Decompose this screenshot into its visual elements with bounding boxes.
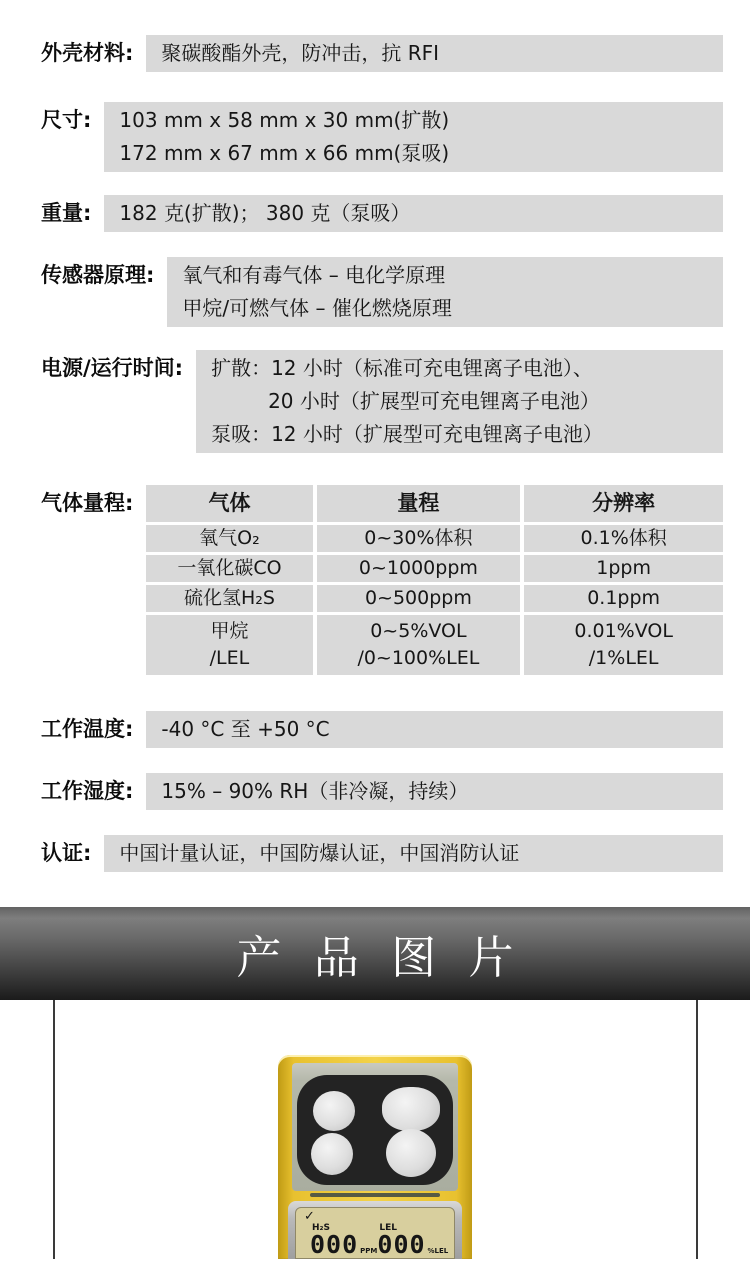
sensor-filter-icon (382, 1087, 440, 1131)
spec-row: 认证:中国计量认证，中国防爆认证，中国消防认证 (41, 835, 723, 872)
gas-cell-line: 氧气O₂ (146, 525, 312, 552)
gas-header-text: 分辨率 (524, 485, 723, 522)
checkmark-icon: ✓ (304, 1210, 446, 1223)
spec-value-box: -40 °C 至 +50 °C (146, 711, 723, 748)
gas-detector-photo: ✓ H₂S 000 PPM LEL 000 %LEL (278, 1055, 472, 1259)
spec-value-line: -40 °C 至 +50 °C (161, 713, 713, 746)
spec-value-line: 聚碳酸酯外壳，防冲击，抗 RFI (161, 37, 713, 70)
gas-cell-line: 0.1%体积 (524, 525, 723, 552)
spec-value-box: 15% – 90% RH（非冷凝，持续） (146, 773, 723, 810)
sensor-filter-icon (386, 1129, 436, 1177)
gas-cell-line: 0~5%VOL (317, 618, 521, 645)
gas-table-cell: 0.1%体积 (524, 525, 723, 552)
spec-sheet-content: 外壳材料:聚碳酸酯外壳，防冲击，抗 RFI尺寸:103 mm x 58 mm x… (0, 35, 750, 872)
gas-cell-line: 0.01%VOL (524, 618, 723, 645)
spec-value-line: 扩散：12 小时（标准可充电锂离子电池）、 (211, 352, 713, 385)
gas-header-text: 量程 (317, 485, 521, 522)
spec-label: 工作湿度: (41, 773, 146, 810)
spec-row: 传感器原理:氧气和有毒气体 – 电化学原理甲烷/可燃气体 – 催化燃烧原理 (41, 257, 723, 327)
spec-row: 电源/运行时间:扩散：12 小时（标准可充电锂离子电池）、20 小时（扩展型可充… (41, 350, 723, 453)
sensor-filter-icon (311, 1133, 353, 1175)
spec-label: 外壳材料: (41, 35, 146, 72)
sensor-grille (297, 1075, 453, 1185)
lcd-gas-digits: 000 (377, 1233, 425, 1256)
photo-frame-border-right (696, 1000, 698, 1259)
gas-table-cell: 硫化氢H₂S (146, 585, 312, 612)
spec-row: 尺寸:103 mm x 58 mm x 30 mm(扩散)172 mm x 67… (41, 102, 723, 172)
spec-value-box: 扩散：12 小时（标准可充电锂离子电池）、20 小时（扩展型可充电锂离子电池）泵… (196, 350, 723, 453)
sensor-window (292, 1063, 458, 1191)
gas-table: 气体量程分辨率氧气O₂0~30%体积0.1%体积一氧化碳CO0~1000ppm1… (146, 485, 723, 675)
spec-row: 重量:182 克(扩散)； 380 克（泵吸） (41, 195, 723, 232)
gas-table-cell: 甲烷/LEL (146, 615, 312, 675)
gas-range-label: 气体量程: (41, 485, 146, 522)
lcd-gas-digits: 000 (310, 1233, 358, 1256)
gas-cell-line: 0.1ppm (524, 585, 723, 612)
vent-slot (310, 1193, 440, 1197)
spec-row: 外壳材料:聚碳酸酯外壳，防冲击，抗 RFI (41, 35, 723, 72)
spec-row: 工作温度:-40 °C 至 +50 °C (41, 711, 723, 748)
spec-value-box: 182 克(扩散)； 380 克（泵吸） (104, 195, 723, 232)
gas-table-cell: 氧气O₂ (146, 525, 312, 552)
gas-cell-line: 0~500ppm (317, 585, 521, 612)
lcd-readings-row: H₂S 000 PPM LEL 000 %LEL (304, 1223, 446, 1256)
lcd-bezel: ✓ H₂S 000 PPM LEL 000 %LEL (288, 1201, 462, 1259)
lcd-gas-reading: H₂S 000 PPM (310, 1223, 377, 1256)
gas-cell-line: /LEL (146, 645, 312, 672)
gas-table-header-cell: 分辨率 (524, 485, 723, 522)
gas-table-cell: 0~1000ppm (317, 555, 521, 582)
lcd-gas-unit: %LEL (428, 1247, 449, 1256)
sensor-filter-icon (313, 1091, 355, 1131)
gas-cell-line: 一氧化碳CO (146, 555, 312, 582)
lcd-digit-row: 000 PPM (310, 1233, 377, 1256)
spec-value-line: 172 mm x 67 mm x 66 mm(泵吸) (119, 137, 713, 170)
spec-label: 传感器原理: (41, 257, 167, 294)
spec-label: 工作温度: (41, 711, 146, 748)
gas-table-cell: 0.1ppm (524, 585, 723, 612)
banner-title: 产 品 图 片 (228, 921, 523, 986)
lcd-gas-unit: PPM (360, 1247, 377, 1256)
gas-table-cell: 0~5%VOL/0~100%LEL (317, 615, 521, 675)
lcd-screen: ✓ H₂S 000 PPM LEL 000 %LEL (295, 1207, 455, 1259)
spec-label: 尺寸: (41, 102, 104, 139)
spec-value-line: 103 mm x 58 mm x 30 mm(扩散) (119, 104, 713, 137)
spec-value-box: 中国计量认证，中国防爆认证，中国消防认证 (104, 835, 723, 872)
gas-cell-line: /0~100%LEL (317, 645, 521, 672)
lcd-digit-row: 000 %LEL (377, 1233, 448, 1256)
spec-value-line: 15% – 90% RH（非冷凝，持续） (161, 775, 713, 808)
gas-cell-line: /1%LEL (524, 645, 723, 672)
spec-value-line: 20 小时（扩展型可充电锂离子电池） (211, 385, 713, 418)
gas-range-section: 气体量程:气体量程分辨率氧气O₂0~30%体积0.1%体积一氧化碳CO0~100… (41, 485, 723, 675)
gas-cell-line: 0~1000ppm (317, 555, 521, 582)
spec-value-line: 甲烷/可燃气体 – 催化燃烧原理 (182, 292, 713, 325)
spec-value-line: 182 克(扩散)； 380 克（泵吸） (119, 197, 713, 230)
gas-table-cell: 0.01%VOL/1%LEL (524, 615, 723, 675)
spec-value-line: 中国计量认证，中国防爆认证，中国消防认证 (119, 837, 713, 870)
product-photo-section: ✓ H₂S 000 PPM LEL 000 %LEL (0, 1000, 750, 1259)
spec-value-box: 氧气和有毒气体 – 电化学原理甲烷/可燃气体 – 催化燃烧原理 (167, 257, 723, 327)
product-spec-page: { "sections": [ { "type": "spec", "label… (0, 0, 750, 1262)
spec-value-line: 泵吸：12 小时（扩展型可充电锂离子电池） (211, 418, 713, 451)
spec-value-box: 聚碳酸酯外壳，防冲击，抗 RFI (146, 35, 723, 72)
spec-label: 电源/运行时间: (41, 350, 196, 387)
gas-table-cell: 0~30%体积 (317, 525, 521, 552)
gas-table-cell: 1ppm (524, 555, 723, 582)
gas-table-cell: 0~500ppm (317, 585, 521, 612)
gas-table-header-cell: 量程 (317, 485, 521, 522)
gas-header-text: 气体 (146, 485, 312, 522)
gas-table-header-cell: 气体 (146, 485, 312, 522)
spec-value-box: 103 mm x 58 mm x 30 mm(扩散)172 mm x 67 mm… (104, 102, 723, 172)
gas-cell-line: 1ppm (524, 555, 723, 582)
spec-row: 工作湿度:15% – 90% RH（非冷凝，持续） (41, 773, 723, 810)
gas-cell-line: 甲烷 (146, 618, 312, 645)
spec-value-line: 氧气和有毒气体 – 电化学原理 (182, 259, 713, 292)
product-images-banner: 产 品 图 片 (0, 907, 750, 1000)
gas-cell-line: 硫化氢H₂S (146, 585, 312, 612)
gas-cell-line: 0~30%体积 (317, 525, 521, 552)
gas-table-cell: 一氧化碳CO (146, 555, 312, 582)
spec-label: 重量: (41, 195, 104, 232)
lcd-gas-reading: LEL 000 %LEL (377, 1223, 448, 1256)
photo-frame-border-left (53, 1000, 55, 1259)
spec-label: 认证: (41, 835, 104, 872)
